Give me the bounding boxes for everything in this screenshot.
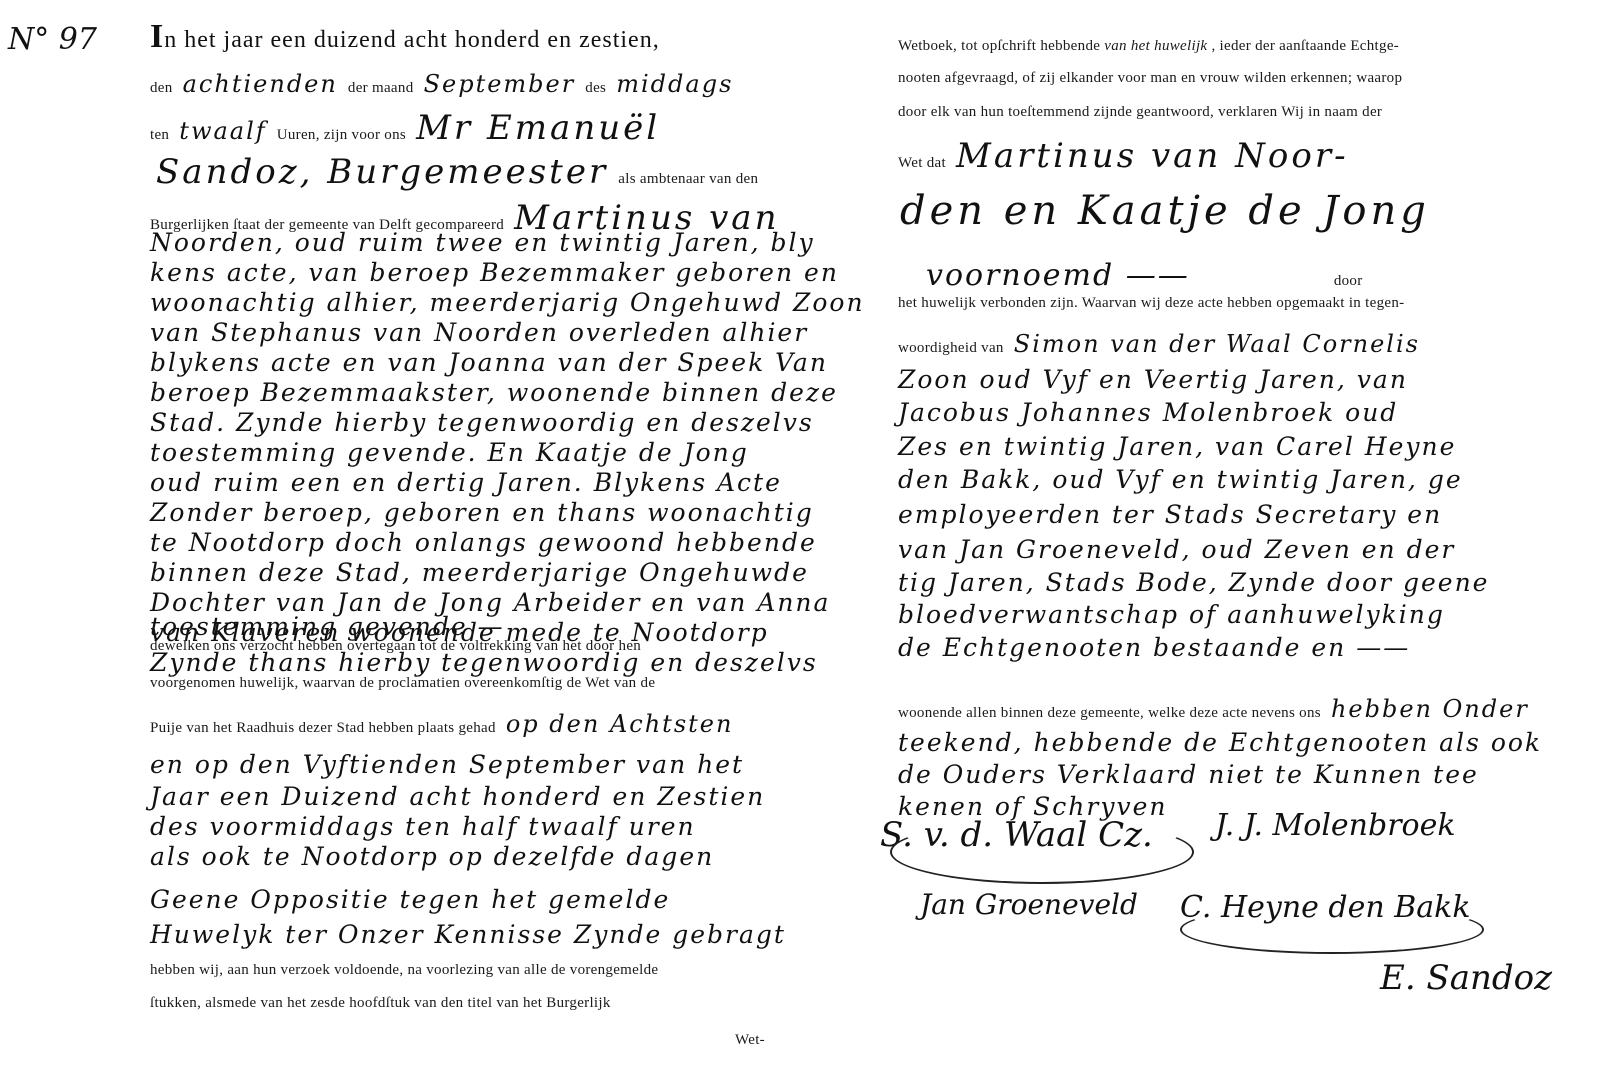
handwritten-line: bloedverwantschap of aanhuwelyking	[898, 600, 1445, 629]
printed-text: door	[1334, 273, 1363, 289]
handwritten-fill: twaalf	[179, 117, 266, 145]
text-line: den achtienden der maand September des m…	[150, 70, 739, 98]
handwritten-line: de Echtgenooten bestaande en ——	[898, 633, 1410, 662]
printed-line: hebben wij, aan hun verzoek voldoende, n…	[150, 962, 658, 979]
handwritten-fill: op den Achtsten	[506, 710, 734, 738]
handwritten-line: Zoon oud Vyf en Veertig Jaren, van	[898, 365, 1408, 394]
printed-line: Wet-	[735, 1032, 765, 1049]
text-line: voornoemd —— door	[920, 258, 1363, 293]
handwritten-line: den en Kaatje de Jong	[900, 188, 1430, 234]
text-line: Wetboek, tot opſchrift hebbende van het …	[898, 38, 1399, 55]
handwritten-line: oud ruim een en dertig Jaren. Blykens Ac…	[150, 468, 782, 497]
signature-flourish	[890, 820, 1194, 884]
text-line: In het jaar een duizend acht honderd en …	[150, 18, 660, 56]
handwritten-line: als ook te Nootdorp op dezelfde dagen	[150, 842, 714, 871]
printed-text: n het jaar een duizend acht honderd en z…	[164, 27, 659, 53]
handwritten-line: teekend, hebbende de Echtgenooten als oo…	[898, 728, 1542, 757]
handwritten-fill: Sandoz, Burgemeester	[156, 152, 608, 192]
signature-sandoz: E. Sandoz	[1380, 958, 1552, 998]
text-line: Puije van het Raadhuis dezer Stad hebben…	[150, 710, 739, 738]
handwritten-line: kens acte, van beroep Bezemmaker geboren…	[150, 258, 839, 287]
printed-italic-text: van het huwelijk	[1104, 38, 1207, 54]
handwritten-line: Geene Oppositie tegen het gemelde	[150, 885, 670, 914]
handwritten-line: Huwelyk ter Onzer Kennisse Zynde gebragt	[150, 920, 786, 949]
handwritten-fill: Mr Emanuël	[416, 108, 660, 148]
handwritten-line: den Bakk, oud Vyf en twintig Jaren, ge	[898, 465, 1463, 494]
handwritten-line: van Stephanus van Noorden overleden alhi…	[150, 318, 808, 347]
handwritten-fill: middags	[616, 70, 733, 98]
printed-text: der maand	[348, 80, 414, 96]
handwritten-line: woonachtig alhier, meerderjarig Ongehuwd…	[150, 288, 865, 317]
printed-text: Puije van het Raadhuis dezer Stad hebben…	[150, 720, 496, 736]
handwritten-line: employeerden ter Stads Secretary en	[898, 500, 1442, 529]
text-line: woonende allen binnen deze gemeente, wel…	[898, 695, 1535, 723]
signature-molenbroek: J. J. Molenbroek	[1215, 808, 1456, 843]
handwritten-line: te Nootdorp doch onlangs gewoond hebbend…	[150, 528, 817, 557]
handwritten-line: Jacobus Johannes Molenbroek oud	[898, 398, 1398, 427]
handwritten-line: beroep Bezemmaakster, woonende binnen de…	[150, 378, 838, 407]
handwritten-fill: achtienden	[183, 70, 338, 98]
printed-text: als ambtenaar van den	[618, 171, 758, 187]
printed-text: woordigheid van	[898, 340, 1004, 356]
left-page: N° 97 In het jaar een duizend acht honde…	[0, 0, 830, 1080]
signature-groeneveld: Jan Groeneveld	[920, 888, 1138, 921]
printed-text: Uuren, zijn voor ons	[277, 127, 406, 143]
printed-text: ten	[150, 127, 169, 143]
handwritten-line: Stad. Zynde hierby tegenwoordig en desze…	[150, 408, 814, 437]
handwritten-fill: Simon van der Waal Cornelis	[1014, 330, 1420, 358]
handwritten-line: Noorden, oud ruim twee en twintig Jaren,…	[150, 228, 815, 257]
printed-line: ſtukken, alsmede van het zesde hoofdſtuk…	[150, 995, 611, 1012]
handwritten-line: Jaar een Duizend acht honderd en Zestien	[150, 782, 765, 811]
printed-line: het huwelijk verbonden zijn. Waarvan wij…	[898, 295, 1404, 312]
handwritten-line: de Ouders Verklaard niet te Kunnen tee	[898, 760, 1479, 789]
printed-line: nooten afgevraagd, of zij elkander voor …	[898, 70, 1402, 87]
handwritten-line: toestemming gevende —	[150, 612, 505, 641]
printed-line: dewelken ons verzocht hebben overtegaan …	[150, 638, 641, 655]
printed-line: door elk van hun toeſtemmend zijnde gean…	[898, 104, 1382, 121]
handwritten-line: des voormiddags ten half twaalf uren	[150, 812, 696, 841]
printed-text: woonende allen binnen deze gemeente, wel…	[898, 705, 1321, 721]
handwritten-fill: voornoemd ——	[926, 258, 1190, 293]
handwritten-line: Zonder beroep, geboren en thans woonacht…	[150, 498, 814, 527]
printed-text: Wetboek, tot opſchrift hebbende	[898, 38, 1100, 54]
drop-initial: I	[150, 18, 164, 55]
printed-text: Wet dat	[898, 155, 946, 171]
signature-flourish	[1180, 905, 1484, 954]
handwritten-line: van Jan Groeneveld, oud Zeven en der	[898, 535, 1455, 564]
handwritten-line: toestemming gevende. En Kaatje de Jong	[150, 438, 749, 467]
handwritten-line: en op den Vyftienden September van het	[150, 750, 744, 779]
record-number: N° 97	[8, 22, 97, 57]
right-page: Wetboek, tot opſchrift hebbende van het …	[850, 0, 1600, 1080]
text-line: ten twaalf Uuren, zijn voor ons Mr Emanu…	[150, 108, 666, 148]
text-line: Sandoz, Burgemeester als ambtenaar van d…	[150, 152, 758, 192]
printed-text: , ieder der aanſtaande Echtge-	[1211, 38, 1399, 54]
text-line: woordigheid van Simon van der Waal Corne…	[898, 330, 1426, 358]
handwritten-line: blykens acte en van Joanna van der Speek…	[150, 348, 828, 377]
text-line: Wet dat Martinus van Noor-	[898, 136, 1355, 176]
handwritten-line: tig Jaren, Stads Bode, Zynde door geene	[898, 568, 1489, 597]
handwritten-fill: hebben Onder	[1331, 695, 1529, 723]
printed-text: den	[150, 80, 173, 96]
printed-line: voorgenomen huwelijk, waarvan de proclam…	[150, 675, 655, 692]
printed-text: des	[585, 80, 606, 96]
handwritten-line: binnen deze Stad, meerderjarige Ongehuwd…	[150, 558, 809, 587]
handwritten-fill: September	[424, 70, 576, 98]
handwritten-fill: Martinus van Noor-	[956, 136, 1349, 176]
handwritten-line: Zes en twintig Jaren, van Carel Heyne	[898, 432, 1456, 461]
